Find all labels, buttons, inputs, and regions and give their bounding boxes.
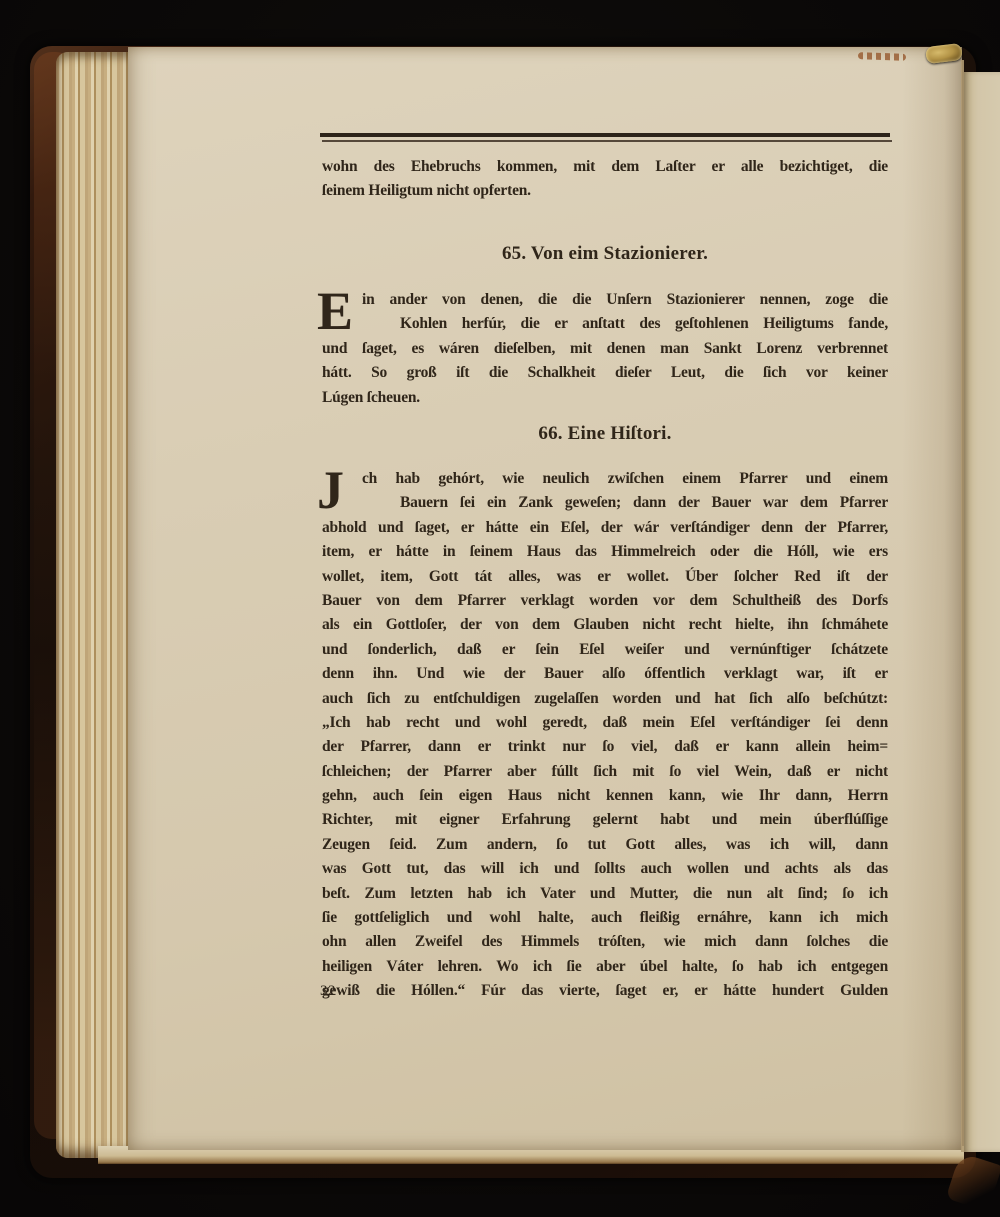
text-line: ohn allen Zweifel des Himmels tróſten, w…	[322, 930, 888, 954]
text-line: ſeinem Heiligtum nicht opferten.	[322, 179, 888, 203]
page-fore-edges	[56, 52, 132, 1158]
text-line: gehn, auch ſein eigen Haus nicht kennen …	[322, 784, 888, 808]
text-line: Bauer von dem Pfarrer verklagt worden vo…	[322, 589, 888, 613]
section-heading-66: 66. Eine Hiſtori.	[322, 423, 888, 445]
text-line: ſie gottſeliglich und wohl halte, auch f…	[322, 906, 888, 930]
text-line: und ſonderlich, daß er ſein Eſel weiſer …	[322, 638, 888, 662]
book-photo: wohn des Ehebruchs kommen, mit dem Laſte…	[0, 0, 1000, 1217]
text-line: und ſaget, es wáren dieſelben, mit denen…	[322, 337, 888, 361]
text-line: Bauern ſei ein Zank geweſen; dann der Ba…	[322, 491, 888, 515]
text-line: „Ich hab recht und wohl geredt, daß mein…	[322, 711, 888, 735]
text-line: beſt. Zum letzten hab ich Vater und Mutt…	[322, 882, 888, 906]
paragraph-66: J ch hab gehórt, wie neulich zwiſchen ei…	[322, 467, 888, 1004]
head-rule-thick	[320, 133, 890, 137]
dropcap-initial: J	[317, 464, 344, 516]
text-line: ch hab gehórt, wie neulich zwiſchen eine…	[322, 467, 888, 491]
paragraph-65: E in ander von denen, die die Unſern Sta…	[322, 288, 888, 410]
text-line: Kohlen herfúr, die er anſtatt des geſtoh…	[322, 312, 888, 336]
text-line: auch ſich zu entſchuldigen zugelaſſen wo…	[322, 687, 888, 711]
head-rule-thin	[322, 140, 892, 142]
paragraph-carryover: wohn des Ehebruchs kommen, mit dem Laſte…	[322, 155, 888, 204]
dropcap-initial: E	[317, 285, 353, 337]
text-line: denn ihn. Und wie der Bauer alſo óffentl…	[322, 662, 888, 686]
text-line: wohn des Ehebruchs kommen, mit dem Laſte…	[322, 155, 888, 179]
text-line: heiligen Váter lehren. Wo ich ſie aber ú…	[322, 955, 888, 979]
text-line: ſchleichen; der Pfarrer aber fúllt ſich …	[322, 760, 888, 784]
text-line: hátt. So groß iſt die Schalkheit dieſer …	[322, 361, 888, 385]
text-line: in ander von denen, die die Unſern Stazi…	[322, 288, 888, 312]
text-line: wollet, item, Gott tát alles, was er wol…	[322, 565, 888, 589]
text-line: als ein Gottloſer, der von dem Glauben n…	[322, 613, 888, 637]
text-line: der Pfarrer, dann er trinkt nur ſo viel,…	[322, 735, 888, 759]
text-line: Lúgen ſcheuen.	[322, 386, 888, 410]
book-page: wohn des Ehebruchs kommen, mit dem Laſte…	[128, 47, 962, 1150]
text-line: item, er hátte in ſeinem Haus das Himmel…	[322, 540, 888, 564]
text-line: Richter, mit eigner Erfahrung gelernt ha…	[322, 808, 888, 832]
text-line: was Gott tut, das will ich und ſollts au…	[322, 857, 888, 881]
section-heading-65: 65. Von eim Stazionierer.	[322, 243, 888, 265]
text-line: abhold und ſaget, er hátte ein Eſel, der…	[322, 516, 888, 540]
text-line: Zeugen ſeid. Zum andern, ſo tut Gott all…	[322, 833, 888, 857]
page-number: 32	[320, 983, 336, 1000]
facing-page-sliver	[964, 72, 1000, 1152]
text-line: gewiß die Hóllen.“ Fúr das vierte, ſaget…	[322, 979, 888, 1003]
